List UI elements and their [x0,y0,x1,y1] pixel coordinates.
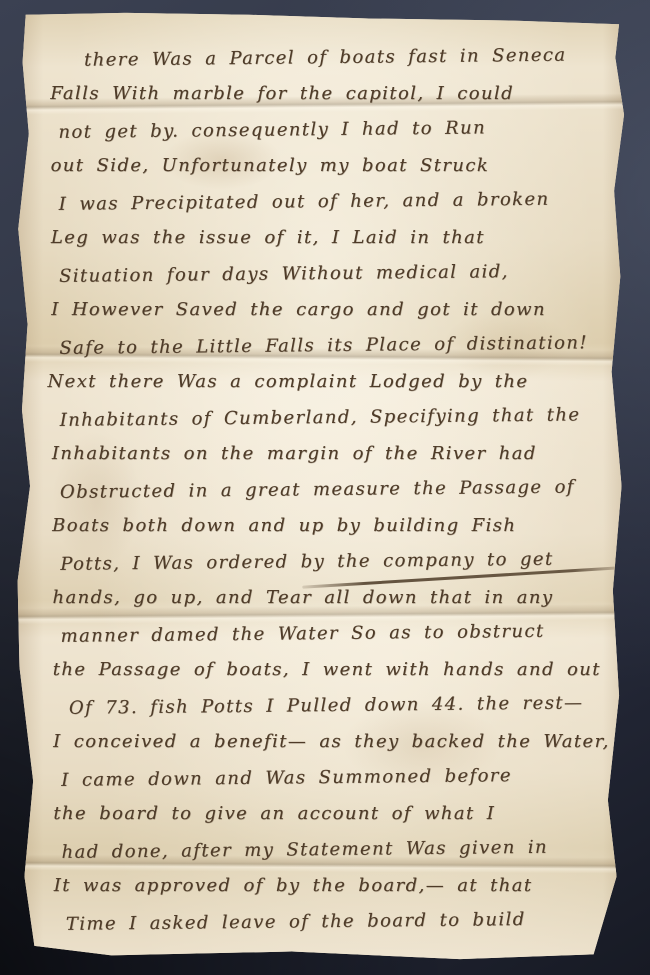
manuscript-line: It was approved of by the board,— at tha… [54,868,616,904]
manuscript-line: Situation four days Without medical aid, [59,253,613,295]
manuscript-line: Safe to the Little Falls its Place of di… [59,325,613,367]
manuscript-line: I However Saved the cargo and got it dow… [51,292,613,328]
manuscript-line: Falls With marble for the capitol, I cou… [50,76,612,112]
manuscript-line: Boats both down and up by building Fish [52,508,614,544]
manuscript-line: Next there Was a complaint Lodged by the [48,364,614,400]
manuscript-line: Leg was the issue of it, I Laid in that [51,220,613,256]
manuscript-line: hands, go up, and Tear all down that in … [52,580,614,616]
manuscript-page: there Was a Parcel of boats fast in Sene… [12,10,634,962]
manuscript-line: Of 73. fish Potts I Pulled down 44. the … [69,685,615,727]
manuscript-line: manner damed the Water So as to obstruct [60,613,614,655]
manuscript-line: I came down and Was Summoned before [61,757,615,799]
manuscript-line: Inhabitants of Cumberland, Specifying th… [59,397,613,439]
manuscript-line: the board to give an account of what I [53,796,615,832]
handwritten-text-block: there Was a Parcel of boats fast in Sene… [44,39,616,949]
manuscript-line: Inhabitants on the margin of the River h… [52,436,614,472]
manuscript-line: Potts, I Was ordered by the company to g… [60,541,614,583]
manuscript-line: Obstructed in a great measure the Passag… [60,469,614,511]
manuscript-line: I conceived a benefit— as they backed th… [53,724,615,760]
manuscript-line: there Was a Parcel of boats fast in Sene… [84,37,612,79]
manuscript-line: had done, after my Statement Was given i… [61,829,615,871]
manuscript-line: the Passage of boats, I went with hands … [53,652,615,688]
manuscript-line: not get by. consequently I had to Run [58,109,612,151]
manuscript-line: Time I asked leave of the board to build [66,901,616,943]
manuscript-line: I was Precipitated out of her, and a bro… [59,181,613,223]
manuscript-line: out Side, Unfortunately my boat Struck [51,148,613,184]
